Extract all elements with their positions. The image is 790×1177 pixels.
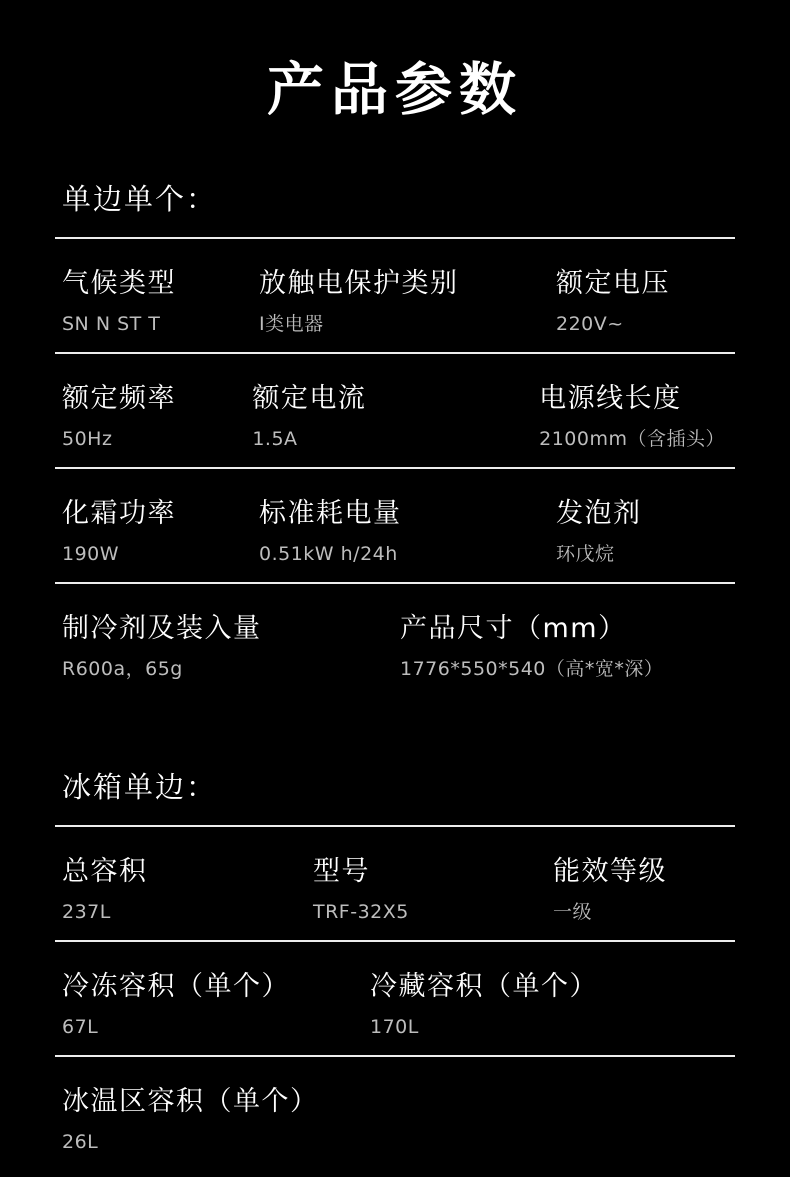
spec-value: 1.5A xyxy=(252,429,529,450)
spec-cell-foaming-agent: 发泡剂 环戊烷 xyxy=(556,497,735,582)
spec-value: 190W xyxy=(62,544,249,565)
section-heading-single-side: 单边单个： xyxy=(55,182,735,239)
spec-value: 50Hz xyxy=(62,429,242,450)
spec-row-climate: 气候类型 SN N ST T 放触电保护类别 I类电器 额定电压 220V~ xyxy=(55,239,735,354)
section-single-side: 单边单个： 气候类型 SN N ST T 放触电保护类别 I类电器 额定电压 2… xyxy=(55,182,735,700)
spec-cell-model-number: 型号 TRF-32X5 xyxy=(313,855,553,940)
spec-row-volume-model: 总容积 237L 型号 TRF-32X5 能效等级 一级 xyxy=(55,827,735,942)
spec-label: 冰温区容积（单个） xyxy=(62,1085,725,1119)
spec-label: 额定频率 xyxy=(62,382,242,416)
spec-cell-defrost-power: 化霜功率 190W xyxy=(62,497,259,582)
spec-cell-power-cord-length: 电源线长度 2100mm（含插头） xyxy=(539,382,735,467)
spec-cell-rated-frequency: 额定频率 50Hz xyxy=(62,382,252,467)
spec-value: 26L xyxy=(62,1132,725,1153)
spec-label: 放触电保护类别 xyxy=(259,267,546,301)
spec-cell-shock-protection: 放触电保护类别 I类电器 xyxy=(259,267,556,352)
page-title: 产品参数 xyxy=(0,0,790,130)
spec-value: TRF-32X5 xyxy=(313,902,543,923)
spec-cell-rated-current: 额定电流 1.5A xyxy=(252,382,539,467)
spec-cell-rated-voltage: 额定电压 220V~ xyxy=(556,267,735,352)
spec-value: 237L xyxy=(62,902,303,923)
section-fridge-single-side: 冰箱单边： 总容积 237L 型号 TRF-32X5 能效等级 一级 冷冻容积（… xyxy=(55,770,735,1173)
spec-label: 能效等级 xyxy=(553,855,725,889)
spec-cell-energy-rating: 能效等级 一级 xyxy=(553,855,735,940)
spec-value: 环戊烷 xyxy=(556,544,725,565)
spec-label: 电源线长度 xyxy=(539,382,725,416)
spec-label: 产品尺寸（mm） xyxy=(400,612,725,646)
spec-value: 220V~ xyxy=(556,314,725,335)
spec-value: R600a，65g xyxy=(62,659,390,680)
spec-row-chiller-volume: 冰温区容积（单个） 26L xyxy=(55,1057,735,1173)
spec-label: 标准耗电量 xyxy=(259,497,546,531)
spec-cell-refrigeration-volume: 冷藏容积（单个） 170L xyxy=(370,970,735,1055)
spec-label: 额定电压 xyxy=(556,267,725,301)
spec-cell-refrigerant: 制冷剂及装入量 R600a，65g xyxy=(62,612,400,680)
spec-label: 气候类型 xyxy=(62,267,249,301)
spec-row-frequency: 额定频率 50Hz 额定电流 1.5A 电源线长度 2100mm（含插头） xyxy=(55,354,735,469)
spec-cell-chiller-volume: 冰温区容积（单个） 26L xyxy=(62,1085,735,1153)
spec-cell-product-dimensions: 产品尺寸（mm） 1776*550*540（高*宽*深） xyxy=(400,612,735,680)
spec-row-freezer-fridge-volume: 冷冻容积（单个） 67L 冷藏容积（单个） 170L xyxy=(55,942,735,1057)
spec-label: 制冷剂及装入量 xyxy=(62,612,390,646)
spec-label: 冷冻容积（单个） xyxy=(62,970,360,1004)
spec-label: 化霜功率 xyxy=(62,497,249,531)
spec-value: 一级 xyxy=(553,902,725,923)
spec-label: 冷藏容积（单个） xyxy=(370,970,725,1004)
spec-value: I类电器 xyxy=(259,314,546,335)
spec-value: SN N ST T xyxy=(62,314,249,335)
spec-label: 发泡剂 xyxy=(556,497,725,531)
spec-cell-freezer-volume: 冷冻容积（单个） 67L xyxy=(62,970,370,1055)
spec-value: 67L xyxy=(62,1017,360,1038)
spec-cell-total-volume: 总容积 237L xyxy=(62,855,313,940)
spec-label: 型号 xyxy=(313,855,543,889)
spec-cell-energy-consumption: 标准耗电量 0.51kW h/24h xyxy=(259,497,556,582)
spec-value: 1776*550*540（高*宽*深） xyxy=(400,659,725,680)
section-heading-fridge-single-side: 冰箱单边： xyxy=(55,770,735,827)
spec-label: 总容积 xyxy=(62,855,303,889)
spec-value: 170L xyxy=(370,1017,725,1038)
spec-label: 额定电流 xyxy=(252,382,529,416)
spec-value: 0.51kW h/24h xyxy=(259,544,546,565)
spec-row-defrost: 化霜功率 190W 标准耗电量 0.51kW h/24h 发泡剂 环戊烷 xyxy=(55,469,735,584)
spec-value: 2100mm（含插头） xyxy=(539,429,725,450)
spec-cell-climate-type: 气候类型 SN N ST T xyxy=(62,267,259,352)
spec-content: 单边单个： 气候类型 SN N ST T 放触电保护类别 I类电器 额定电压 2… xyxy=(55,182,735,1173)
spec-row-refrigerant: 制冷剂及装入量 R600a，65g 产品尺寸（mm） 1776*550*540（… xyxy=(55,584,735,700)
product-spec-page: 产品参数 单边单个： 气候类型 SN N ST T 放触电保护类别 I类电器 额… xyxy=(0,0,790,1177)
